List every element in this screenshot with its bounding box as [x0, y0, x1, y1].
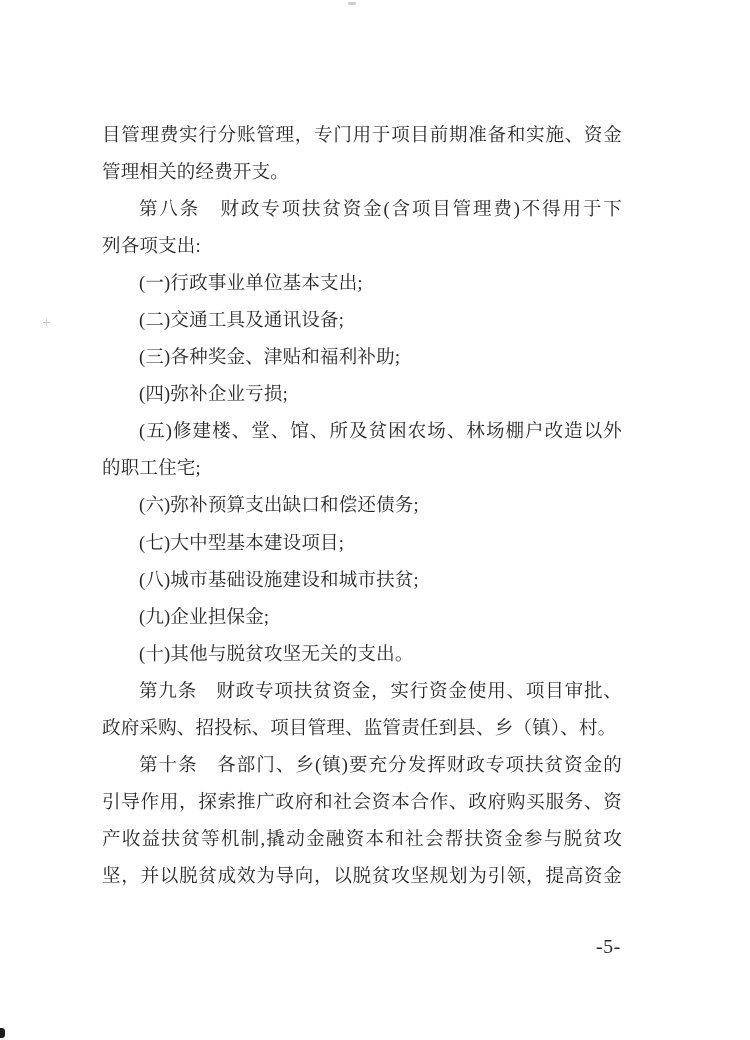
text-line-article-9: 第九条 财政专项扶贫资金，实行资金使用、项目审批、	[102, 674, 622, 711]
text-line: 坚，并以脱贫成效为导向，以脱贫攻坚规划为引领，提高资金	[102, 859, 622, 896]
page-number: -5-	[596, 936, 621, 958]
text-line-article-8: 第八条 财政专项扶贫资金(含项目管理费)不得用于下	[102, 192, 622, 229]
text-line: 的职工住宅;	[102, 451, 622, 488]
text-line-item-9: (九)企业担保金;	[102, 600, 622, 637]
scan-artifact-speck	[43, 319, 50, 326]
text-line: 引导作用，探索推广政府和社会资本合作、政府购买服务、资	[102, 785, 622, 822]
text-line-item-1: (一)行政事业单位基本支出;	[102, 266, 622, 303]
text-line-item-8: (八)城市基础设施建设和城市扶贫;	[102, 563, 622, 600]
text-line-item-4: (四)弥补企业亏损;	[102, 377, 622, 414]
text-line-item-3: (三)各种奖金、津贴和福利补助;	[102, 340, 622, 377]
text-line-article-10: 第十条 各部门、乡(镇)要充分发挥财政专项扶贫资金的	[102, 748, 622, 785]
text-line: 管理相关的经费开支。	[102, 155, 622, 192]
text-line: 列各项支出:	[102, 229, 622, 266]
document-body: 目管理费实行分账管理，专门用于项目前期准备和实施、资金 管理相关的经费开支。 第…	[102, 118, 622, 896]
text-line-item-5: (五)修建楼、堂、馆、所及贫困农场、林场棚户改造以外	[102, 414, 622, 451]
text-line-item-10: (十)其他与脱贫攻坚无关的支出。	[102, 637, 622, 674]
text-line: 目管理费实行分账管理，专门用于项目前期准备和实施、资金	[102, 118, 622, 155]
scan-artifact-blot	[0, 1028, 5, 1038]
text-line-item-2: (二)交通工具及通讯设备;	[102, 303, 622, 340]
scanned-document-page: 目管理费实行分账管理，专门用于项目前期准备和实施、资金 管理相关的经费开支。 第…	[0, 0, 750, 1040]
scan-artifact-speck	[348, 2, 356, 5]
text-line-item-6: (六)弥补预算支出缺口和偿还债务;	[102, 488, 622, 525]
text-line: 产收益扶贫等机制,撬动金融资本和社会帮扶资金参与脱贫攻	[102, 822, 622, 859]
text-line-item-7: (七)大中型基本建设项目;	[102, 526, 622, 563]
text-line: 政府采购、招投标、项目管理、监管责任到县、乡（镇）、村。	[102, 711, 622, 748]
